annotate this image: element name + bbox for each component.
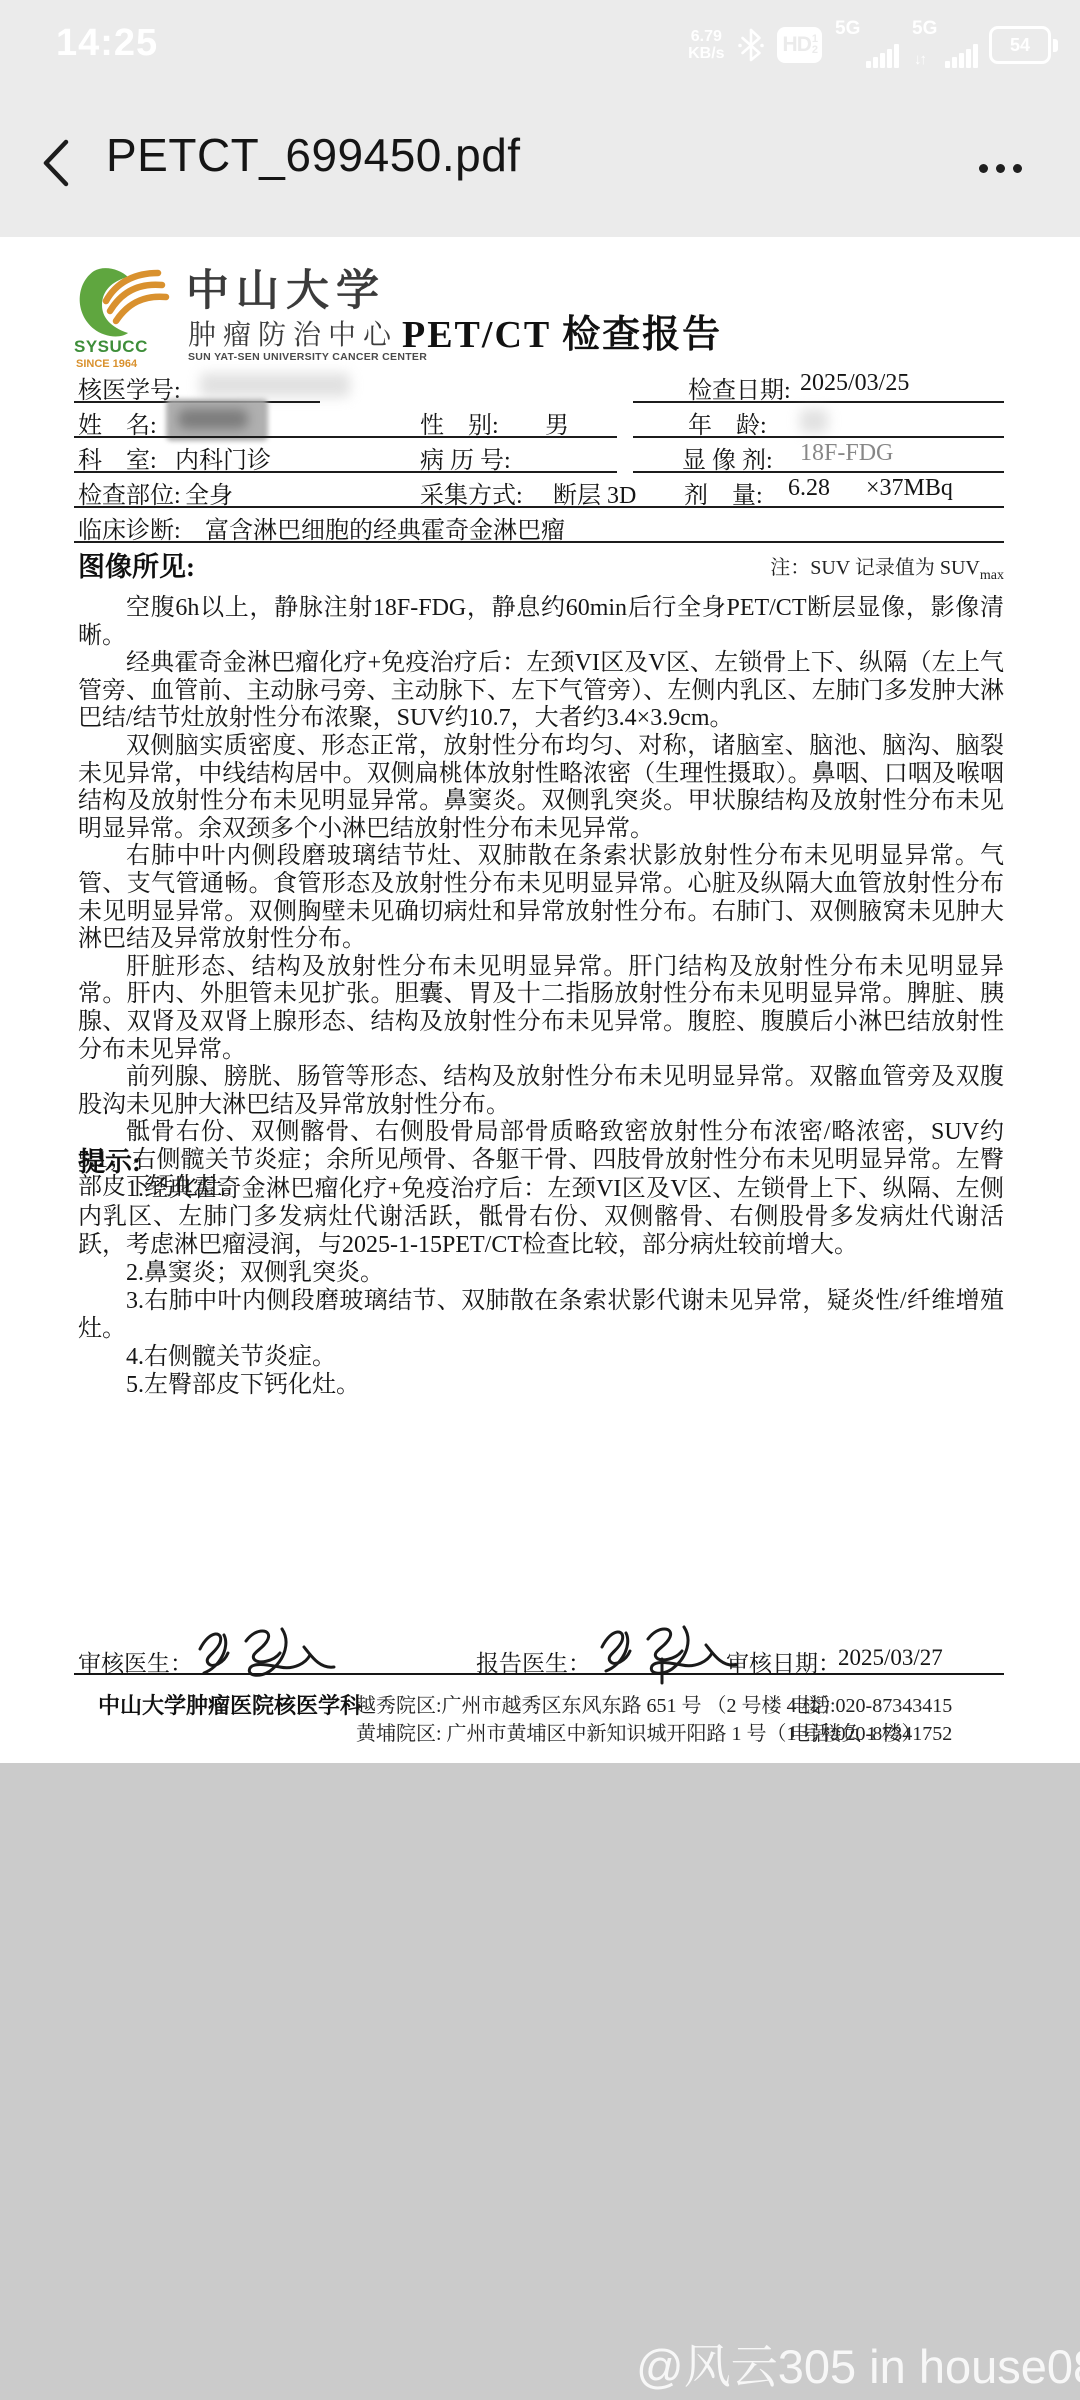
field-value-region: 全身	[185, 475, 233, 510]
field-label-gender: 性 别:	[420, 405, 499, 440]
field-value-dose-unit: ×37MBq	[866, 475, 953, 502]
logo-acronym: SYSUCC	[74, 337, 148, 357]
sim1-signal-icon: 5G	[835, 20, 899, 70]
findings-paragraph: 双侧脑实质密度、形态正常，放射性分布均匀、对称，诸脑室、脑池、脑沟、脑裂未见异常…	[78, 733, 1004, 843]
back-button[interactable]	[38, 136, 76, 190]
field-label-region: 检查部位:	[78, 475, 181, 510]
findings-paragraph: 肝脏形态、结构及放射性分布未见明显异常。肝门结构及放射性分布未见明显异常。肝内、…	[78, 954, 1004, 1064]
more-options-button[interactable]	[979, 164, 1022, 173]
field-value-diagnosis: 富含淋巴细胞的经典霍奇金淋巴瘤	[205, 510, 565, 545]
department-name: 中山大学肿瘤医院核医学科	[98, 1689, 362, 1720]
bluetooth-icon	[738, 26, 764, 64]
field-value-gender: 男	[545, 405, 569, 440]
field-value-tracer: 18F-FDG	[800, 440, 893, 467]
status-bar: 14:25 6.79 KB/s HD 1 2 5G	[0, 0, 1080, 90]
campus1-address: 越秀院区:广州市越秀区东风东路 651 号 （2 号楼 4 楼）	[356, 1689, 842, 1718]
sim2-signal-icon: 5G ↓↑	[912, 20, 976, 70]
hd-voice-icon: HD 1 2	[777, 27, 822, 63]
data-arrows-icon: ↓↑	[914, 51, 925, 68]
findings-heading: 图像所见:	[78, 545, 195, 584]
review-date-value: 2025/03/27	[838, 1645, 943, 1671]
pdf-page[interactable]: SYSUCC SINCE 1964 中山大学 肿瘤防治中心 SUN YAT-SE…	[0, 237, 1080, 1763]
suv-note: 注：SUV 记录值为 SUVmax	[770, 551, 1004, 584]
logo-since: SINCE 1964	[76, 358, 137, 370]
report-title: PET/CT 检查报告	[402, 303, 722, 358]
viewer-title-bar: PETCT_699450.pdf	[0, 90, 1080, 237]
university-name: 中山大学	[186, 257, 386, 318]
center-name-english: SUN YAT-SEN UNIVERSITY CANCER CENTER	[188, 351, 427, 363]
impression-heading: 提示:	[78, 1140, 141, 1179]
field-label-age: 年 龄:	[688, 405, 767, 440]
impression-list: 1.经典霍奇金淋巴瘤化疗+免疫治疗后：左颈VI区及V区、左锁骨上下、纵隔、左侧内…	[78, 1175, 1004, 1399]
impression-item: 3.右肺中叶内侧段磨玻璃结节、双肺散在条索状影代谢未见异常，疑炎性/纤维增殖灶。	[78, 1287, 1004, 1343]
field-label-method: 采集方式:	[420, 475, 523, 510]
impression-item: 1.经典霍奇金淋巴瘤化疗+免疫治疗后：左颈VI区及V区、左锁骨上下、纵隔、左侧内…	[78, 1175, 1004, 1259]
reviewer-signature	[190, 1619, 340, 1681]
battery-icon: 54	[989, 26, 1058, 64]
field-label-med-no: 核医学号:	[78, 370, 181, 405]
field-value-dose: 6.28	[788, 475, 830, 502]
network-speed-indicator: 6.79 KB/s	[688, 28, 724, 62]
field-label-name: 姓 名:	[78, 405, 157, 440]
field-value-exam-date: 2025/03/25	[800, 370, 909, 397]
field-label-dose: 剂 量:	[684, 475, 763, 510]
document-filename: PETCT_699450.pdf	[106, 128, 521, 182]
impression-item: 4.右侧髋关节炎症。	[78, 1343, 1004, 1371]
footer-divider	[74, 1673, 1004, 1675]
field-value-dept: 内科门诊	[175, 440, 271, 475]
field-label-diagnosis: 临床诊断:	[78, 510, 181, 545]
findings-paragraph: 右肺中叶内侧段磨玻璃结节灶、双肺散在条索状影放射性分布未见明显异常。气管、支气管…	[78, 843, 1004, 953]
status-icons: 6.79 KB/s HD 1 2 5G 5G ↓↑	[688, 14, 1058, 76]
clock: 14:25	[56, 22, 158, 65]
redacted-patient-name	[166, 399, 268, 441]
findings-paragraph: 空腹6h以上，静脉注射18F-FDG，静息约60min后行全身PET/CT断层显…	[78, 595, 1004, 650]
redacted-age	[800, 409, 828, 433]
findings-body: 空腹6h以上，静脉注射18F-FDG，静息约60min后行全身PET/CT断层显…	[78, 595, 1004, 1202]
watermark: @风云305 in house086	[636, 2330, 1080, 2397]
field-label-tracer: 显 像 剂:	[682, 440, 773, 475]
field-label-exam-date: 检查日期:	[688, 370, 791, 405]
campus2-phone: 电话:020-87341752	[790, 1717, 952, 1746]
impression-item: 2.鼻窦炎；双侧乳突炎。	[78, 1259, 1004, 1287]
redacted-med-no	[200, 373, 350, 397]
findings-paragraph: 经典霍奇金淋巴瘤化疗+免疫治疗后：左颈VI区及V区、左锁骨上下、纵隔（左上气管旁…	[78, 650, 1004, 733]
impression-item: 5.左臀部皮下钙化灶。	[78, 1371, 1004, 1399]
campus1-phone: 电话:020-87343415	[790, 1689, 952, 1718]
page-background	[0, 1763, 1080, 2400]
field-label-dept: 科 室:	[78, 440, 157, 475]
findings-paragraph: 前列腺、膀胱、肠管等形态、结构及放射性分布未见明显异常。双髂血管旁及双腹股沟未见…	[78, 1064, 1004, 1119]
sysucc-logo-icon	[72, 261, 176, 339]
center-name: 肿瘤防治中心	[188, 313, 398, 353]
field-value-method: 断层 3D	[553, 475, 636, 510]
field-label-record-no: 病 历 号:	[420, 440, 511, 475]
